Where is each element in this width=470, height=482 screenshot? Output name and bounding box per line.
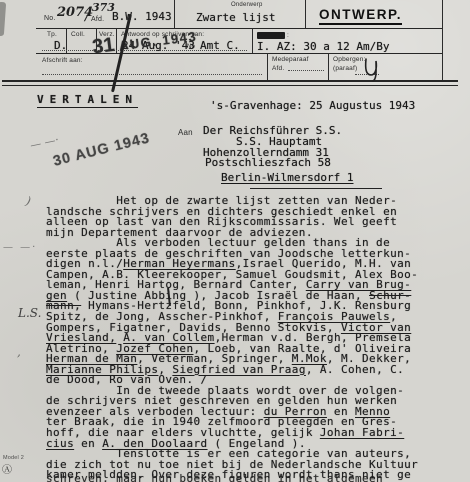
stamp-day: 31 bbox=[91, 34, 116, 59]
aan-label: Aan bbox=[178, 128, 193, 137]
vertalen-heading: VERTALEN bbox=[37, 93, 138, 108]
afd-label: Afd. bbox=[91, 16, 104, 23]
ls-margin-note: L.S. bbox=[18, 306, 41, 320]
medeparaaf-afd-label: Afd. bbox=[272, 65, 284, 72]
pencil-paren-mark: ) bbox=[24, 194, 32, 209]
body-text: Het op de zwarte lijst zetten van Neder-… bbox=[46, 196, 438, 482]
text-line: schreven, maar hun boeken gelden in het … bbox=[46, 474, 438, 482]
pen-tick-mark: , bbox=[17, 345, 21, 359]
paraaf-mark bbox=[362, 55, 390, 83]
afschrift-label: Afschrift aan: bbox=[42, 57, 83, 64]
form-line bbox=[174, 0, 175, 28]
slash-mark: / bbox=[85, 6, 90, 24]
onderwerp-label: Onderwerp bbox=[231, 2, 262, 8]
received-date-stamp: 31 AUG. 1943 bbox=[91, 24, 198, 60]
redacted-label bbox=[257, 32, 285, 39]
medeparaaf-label: Medeparaaf bbox=[272, 56, 309, 63]
reference-code: B.W. 1943 bbox=[112, 10, 172, 23]
pencil-mark: — —· bbox=[29, 133, 60, 152]
dateline: 's-Gravenhage: 25 Augustus 1943 bbox=[210, 99, 415, 112]
scan-artifact bbox=[0, 2, 6, 36]
address-underline bbox=[250, 188, 382, 189]
redacted-label-colon: : bbox=[287, 32, 289, 39]
registration-mark-icon: Ⓐ bbox=[2, 461, 12, 476]
address-line: Postschlieszfach 58 bbox=[205, 156, 331, 169]
subject-value: Zwarte lijst bbox=[196, 11, 275, 24]
address-city: Berlin-Wilmersdorf 1 bbox=[221, 171, 353, 184]
opbergen-paraaf-label: (paraaf) bbox=[333, 65, 357, 72]
form-line bbox=[442, 0, 443, 80]
date-stamp-30-aug: 30 AUG 1943 bbox=[52, 130, 152, 170]
form-line bbox=[2, 85, 458, 86]
ontwerp-heading: ONTWERP. bbox=[319, 7, 402, 25]
tp-value: D. bbox=[54, 39, 67, 52]
coll-label: Coll. bbox=[71, 31, 85, 38]
form-line bbox=[288, 70, 324, 71]
scanned-document: No. 2074 / 373 Afd. B.W. 1943 Onderwerp … bbox=[0, 0, 470, 482]
pencil-dash-mark: — —· bbox=[3, 242, 37, 253]
no-label: No. bbox=[44, 15, 56, 22]
kenmerk-value: I. AZ: 30 a 12 Am/By bbox=[257, 40, 389, 53]
opbergen-label: Opbergen: bbox=[333, 56, 366, 63]
form-line bbox=[305, 0, 306, 28]
form-line bbox=[328, 53, 329, 80]
amt-value: Amt C. bbox=[200, 39, 240, 52]
tp-label: Tp. bbox=[47, 31, 57, 38]
form-line bbox=[267, 53, 268, 80]
form-line bbox=[42, 74, 262, 75]
form-line bbox=[252, 28, 253, 53]
